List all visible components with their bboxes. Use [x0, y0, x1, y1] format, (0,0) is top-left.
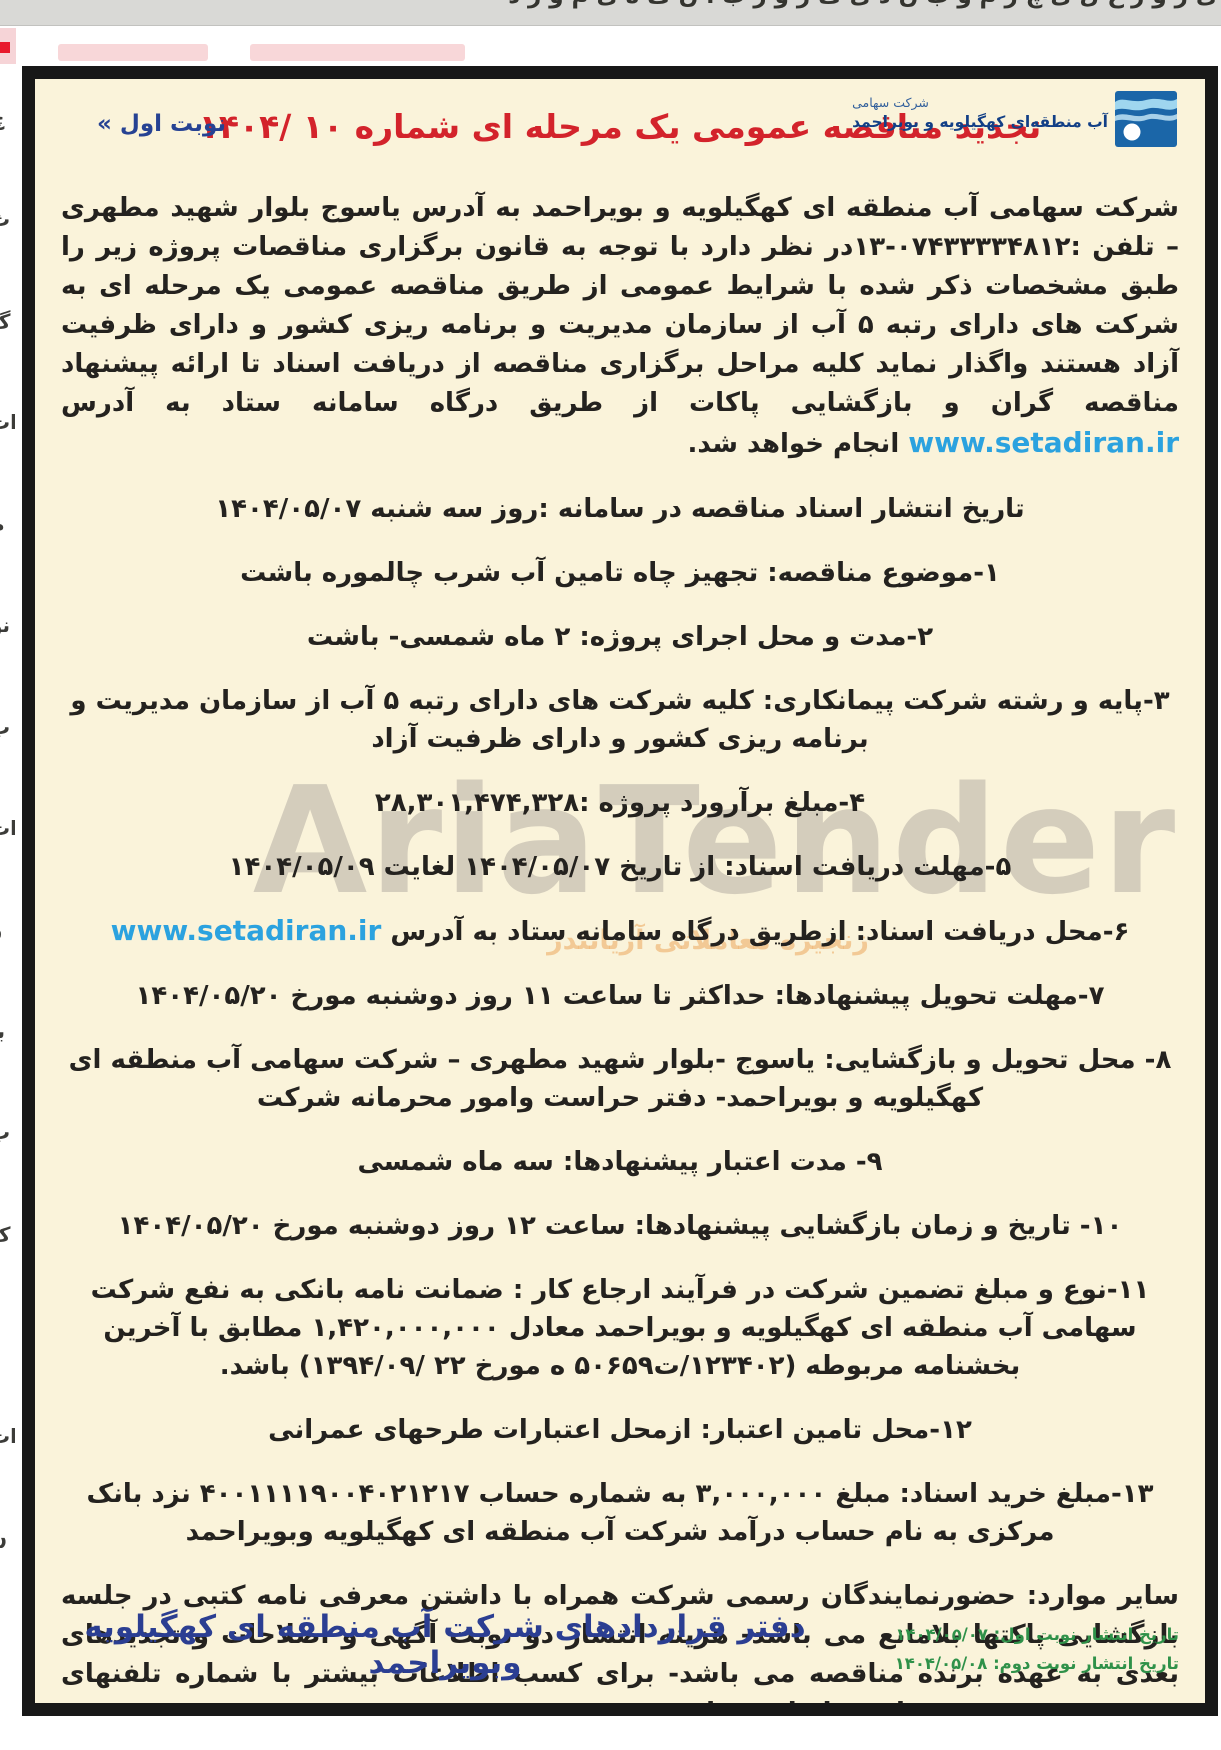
- tender-item: ۲-مدت و محل اجرای پروژه: ۲ ماه شمسی- باش…: [61, 618, 1179, 656]
- setadiran-url: www.setadiran.ir: [908, 426, 1179, 459]
- adjacent-headline-fragment: [0, 28, 16, 64]
- company-logo-text: شرکت سهامی آب منطقه‌ای کهگیلویه و بویراح…: [852, 91, 1108, 131]
- cutoff-character: گ: [0, 311, 15, 331]
- tender-item: ۹- مدت اعتبار پیشنهادها: سه ماه شمسی: [61, 1143, 1179, 1181]
- first-edition-date: تاریخ انتشار نوبت اول: ۱۴۰۴/۰۵/۰۷: [829, 1621, 1179, 1650]
- intro-text-end: انجام خواهد شد.: [687, 429, 908, 459]
- cutoff-character: نو: [0, 615, 15, 635]
- edition-note-text: نوبت اول: [120, 111, 226, 137]
- guillemet-mark: «: [97, 111, 112, 137]
- water-company-logo-icon: [1115, 91, 1177, 147]
- tender-item: ۷-مهلت تحویل پیشنهادها: حداکثر تا ساعت ۱…: [61, 977, 1179, 1015]
- company-type-label: شرکت سهامی: [852, 95, 1108, 110]
- cutoff-character: ب: [0, 1122, 15, 1142]
- company-logo: شرکت سهامی آب منطقه‌ای کهگیلویه و بویراح…: [852, 91, 1177, 147]
- cutoff-character: ک: [0, 1224, 15, 1244]
- tender-item: ۱۱-نوع و مبلغ تضمین شرکت در فرآیند ارجاع…: [61, 1271, 1179, 1385]
- publication-dates: تاریخ انتشار نوبت اول: ۱۴۰۴/۰۵/۰۷ تاریخ …: [829, 1621, 1179, 1679]
- cutoff-character: ن: [0, 1528, 15, 1548]
- tender-item: ۱۰- تاریخ و زمان بازگشایی پیشنهادها: ساع…: [61, 1207, 1179, 1245]
- edition-note: « نوبت اول: [97, 111, 226, 137]
- adjacent-column-fragment-left: چثگاتمنوباتوبابکداتن: [0, 108, 15, 1548]
- adjacent-headline-fragment: [250, 44, 465, 61]
- contracts-office-signature: دفتر قراردادهای شرکت آب منطقه ای کهگیلوی…: [61, 1609, 829, 1691]
- setadiran-url: www.setadiran.ir: [111, 914, 382, 947]
- adjacent-headline-fragment: [58, 44, 208, 61]
- cutoff-character: ب: [0, 717, 15, 737]
- tender-item: ۳-پایه و رشته شرکت پیمانکاری: کلیه شرکت …: [61, 682, 1179, 758]
- cutoff-character: ث: [0, 209, 15, 229]
- cutoff-text-fragment: ی ر و ز ع ل ی چ ر م و ب ن د ی ک ر و ز ب …: [508, 0, 1217, 9]
- tender-item: ۸- محل تحویل و بازگشایی: یاسوج -بلوار شه…: [61, 1041, 1179, 1117]
- intro-text: شرکت سهامی آب منطقه ای کهگیلویه و بویراح…: [61, 193, 1179, 418]
- cutoff-character: م: [0, 514, 15, 534]
- intro-paragraph: شرکت سهامی آب منطقه ای کهگیلویه و بویراح…: [61, 189, 1179, 464]
- tender-notice: AriaTender زنجیره معاملاتی آریاتندر « نو…: [35, 79, 1205, 1703]
- cutoff-character: با: [0, 1021, 15, 1041]
- adjacent-article-fragment-top: ی ر و ز ع ل ی چ ر م و ب ن د ی ک ر و ز ب …: [0, 0, 1221, 26]
- notice-body: شرکت سهامی آب منطقه ای کهگیلویه و بویراح…: [61, 189, 1179, 1716]
- tender-item: ۱۲-محل تامین اعتبار: ازمحل اعتبارات طرحه…: [61, 1411, 1179, 1449]
- tender-item: ۵-مهلت دریافت اسناد: از تاریخ ۱۴۰۴/۰۵/۰۷…: [61, 848, 1179, 886]
- tender-items: ۱-موضوع مناقصه: تجهیز چاه تامین آب شرب چ…: [61, 554, 1179, 1551]
- notice-footer: تاریخ انتشار نوبت اول: ۱۴۰۴/۰۵/۰۷ تاریخ …: [61, 1609, 1179, 1691]
- tender-item: ۴-مبلغ برآرورد پروژه :۲۸,۳۰۱,۴۷۴,۳۲۸: [61, 784, 1179, 822]
- newspaper-page: ی ر و ز ع ل ی چ ر م و ب ن د ی ک ر و ز ب …: [0, 0, 1221, 1750]
- tender-item: ۶-محل دریافت اسناد: ازطریق درگاه سامانه …: [61, 912, 1179, 951]
- cutoff-character: ات: [0, 412, 15, 432]
- tender-notice-frame: AriaTender زنجیره معاملاتی آریاتندر « نو…: [22, 66, 1218, 1716]
- cutoff-character: ات: [0, 818, 15, 838]
- red-bullet-decoration: [0, 42, 10, 53]
- cutoff-character: و: [0, 919, 15, 939]
- tender-item: ۱-موضوع مناقصه: تجهیز چاه تامین آب شرب چ…: [61, 554, 1179, 592]
- company-name-label: آب منطقه‌ای کهگیلویه و بویراحمد: [852, 113, 1108, 131]
- notice-header: « نوبت اول تجدید مناقصه عمومی یک مرحله ا…: [61, 93, 1179, 163]
- cutoff-character: چ: [0, 108, 15, 128]
- cutoff-character: ات: [0, 1426, 15, 1446]
- second-edition-date: تاریخ انتشار نوبت دوم: ۱۴۰۴/۰۵/۰۸: [829, 1650, 1179, 1679]
- publish-date-line: تاریخ انتشار اسناد مناقصه در سامانه :روز…: [61, 490, 1179, 528]
- tender-item: ۱۳-مبلغ خرید اسناد: مبلغ ۳,۰۰۰,۰۰۰ به شم…: [61, 1475, 1179, 1551]
- cutoff-character: د: [0, 1325, 15, 1345]
